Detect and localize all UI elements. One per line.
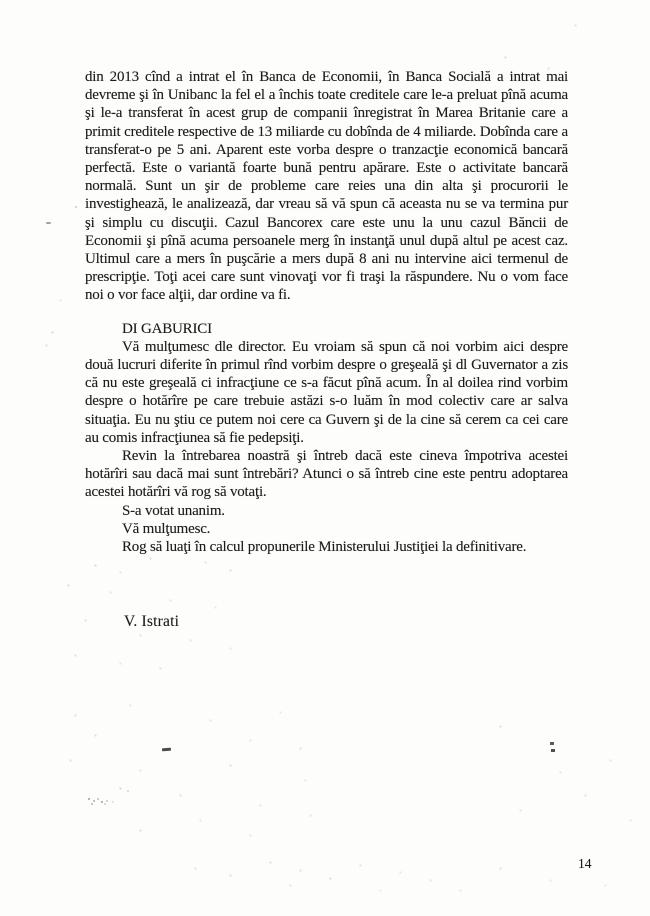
speech-paragraph: Revin la întrebarea noastră şi întreb da…: [85, 447, 568, 502]
scan-noise-speckles: [0, 0, 1, 1]
page-number: 14: [578, 856, 592, 872]
scan-artifact-smudge: [88, 798, 90, 800]
scan-artifact-dash: [46, 222, 51, 224]
document-text-block: din 2013 cînd a intrat el în Banca de Ec…: [85, 68, 568, 556]
signature-name: V. Istrati: [124, 613, 179, 631]
vote-result-line: S-a votat unanim.: [85, 502, 568, 520]
scan-artifact-dot: [75, 206, 77, 208]
scan-artifact-dash: [162, 748, 171, 752]
continuation-paragraph: din 2013 cînd a intrat el în Banca de Ec…: [85, 68, 568, 305]
thanks-line: Vă mulţumesc.: [85, 520, 568, 538]
scanned-document-page: din 2013 cînd a intrat el în Banca de Ec…: [0, 0, 650, 916]
speech-paragraph: Vă mulţumesc dle director. Eu vroiam să …: [85, 338, 568, 447]
speaker-heading: DI GABURICI: [85, 320, 568, 338]
closing-request-line: Rog să luaţi în calcul propunerile Minis…: [85, 538, 568, 556]
scan-artifact-dots: [550, 742, 554, 745]
